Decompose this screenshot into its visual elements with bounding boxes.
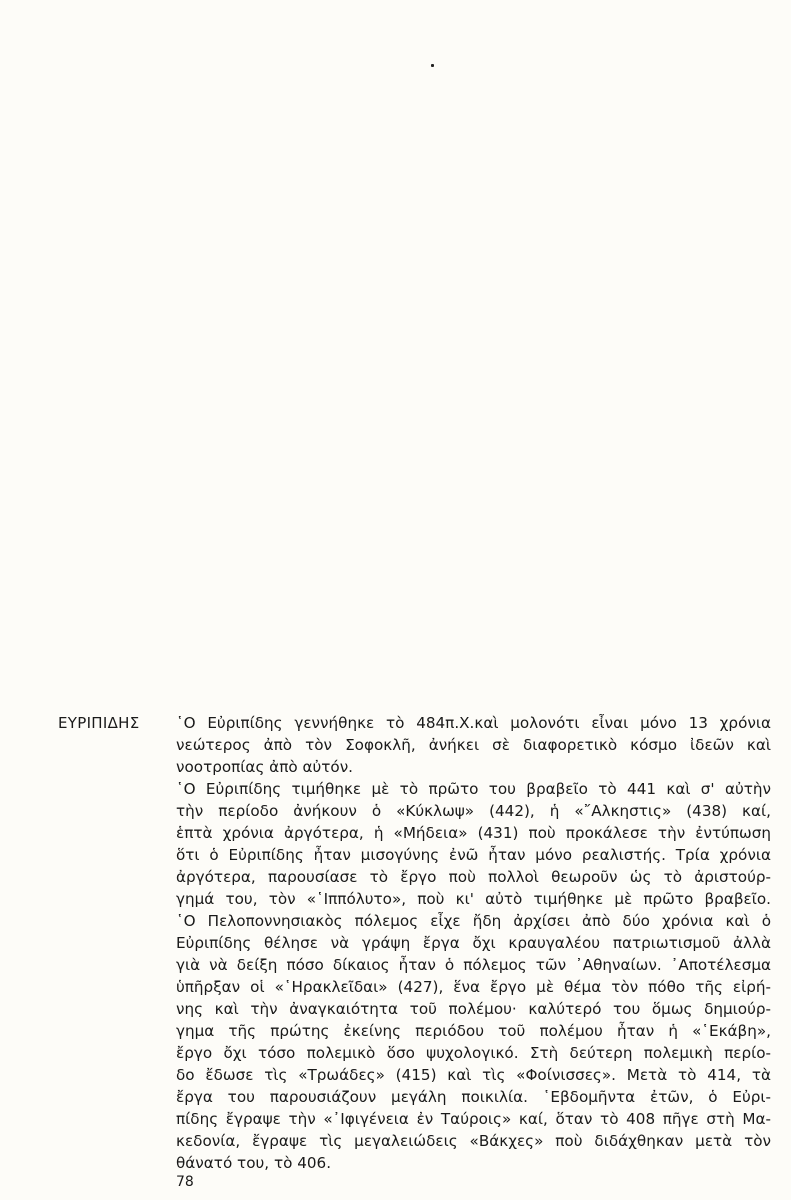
text-line: γημα τῆς πρώτης ἐκείνης περιόδου τοῦ πολ… (176, 1020, 771, 1042)
text-line: Εὐριπίδης θέλησε νὰ γράψη ἔργα ὄχι κραυγ… (176, 932, 771, 954)
text-line: γιὰ νὰ δείξη πόσο δίκαιος ἦταν ὁ πόλεμος… (176, 954, 771, 976)
text-line: ἔργα του παρουσιάζουν μεγάλη ποικιλία. ῾… (176, 1086, 771, 1108)
text-line: ὅτι ὁ Εὐριπίδης ἦταν μισογύνης ἐνῶ ἦταν … (176, 844, 771, 866)
page-number: 78 (176, 1174, 194, 1190)
text-line: νοοτροπίας ἀπὸ αὐτόν. (176, 756, 771, 778)
text-line: πίδης ἔγραψε τὴν «᾿Ιφιγένεια ἐν Ταύροις»… (176, 1108, 771, 1130)
text-line: τὴν περίοδο ἀνήκουν ὁ «Κύκλωψ» (442), ἡ … (176, 800, 771, 822)
text-line: ἑπτὰ χρόνια ἀργότερα, ἡ «Μήδεια» (431) π… (176, 822, 771, 844)
text-line: ῾Ο Εὐριπίδης γεννήθηκε τὸ 484π.Χ.καὶ μολ… (176, 712, 771, 734)
text-line: ὑπῆρξαν οἱ «῾Ηρακλεῖδαι» (427), ἕνα ἔργο… (176, 976, 771, 998)
text-line: ῾Ο Εὐριπίδης τιμήθηκε μὲ τὸ πρῶτο του βρ… (176, 778, 771, 800)
text-line: νης καὶ τὴν ἀναγκαιότητα τοῦ πολέμου· κα… (176, 998, 771, 1020)
section-label: ΕΥΡΙΠΙΔΗΣ (58, 714, 140, 732)
body-text: ῾Ο Εὐριπίδης γεννήθηκε τὸ 484π.Χ.καὶ μολ… (176, 712, 771, 1174)
text-line: δο ἔδωσε τὶς «Τρωάδες» (415) καὶ τὶς «Φο… (176, 1064, 771, 1086)
text-line: ἀργότερα, παρουσίασε τὸ ἔργο ποὺ πολλοὶ … (176, 866, 771, 888)
text-line: ῾Ο Πελοποννησιακὸς πόλεμος εἶχε ἤδη ἀρχί… (176, 910, 771, 932)
text-line: ἔργο ὄχι τόσο πολεμικὸ ὅσο ψυχολογικό. Σ… (176, 1042, 771, 1064)
text-line: θάνατό του, τὸ 406. (176, 1152, 771, 1174)
text-line: γημά του, τὸν «῾Ιππόλυτο», ποὺ κι' αὐτὸ … (176, 888, 771, 910)
scan-speck (431, 64, 434, 67)
text-line: κεδονία, ἔγραψε τὶς μεγαλειώδεις «Βάκχες… (176, 1130, 771, 1152)
text-line: νεώτερος ἀπὸ τὸν Σοφοκλῆ, ἀνήκει σὲ διαφ… (176, 734, 771, 756)
